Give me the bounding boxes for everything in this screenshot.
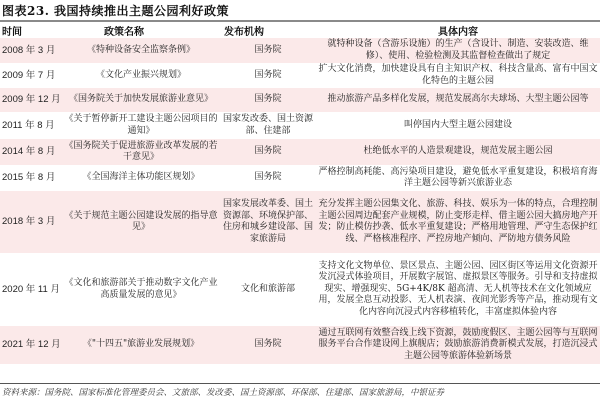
table-row: 2009 年 7 月 《文化产业振兴规划》 国务院 扩大文化消费，加快建设具有自… [0, 63, 600, 88]
row-policy: 《全国海洋主体功能区规划》 [62, 165, 220, 191]
table-row: 2018 年 3 月 《关于规范主题公园建设发展的指导意见》 国家发展改革委、国… [0, 191, 600, 253]
table-row: 2020 年 11 月 《文化和旅游部关于推动数字文化产业高质量发展的意见》 文… [0, 253, 600, 326]
row-date: 2009 年 7 月 [0, 63, 62, 88]
row-content: 扩大文化消费，加快建设具有自主知识产权、科技含量高、富有中国文化特色的主题公园 [316, 63, 600, 88]
row-issuer: 文化和旅游部 [220, 253, 316, 326]
row-content: 就特种设备（含游乐设施）的生产（含设计、制造、安装改造、维修）、使用、检验检测及… [316, 38, 600, 63]
row-policy: 《"十四五"旅游业发展规划》 [62, 326, 220, 364]
figure-title: 图表23. 我国持续推出主题公园利好政策 [2, 2, 229, 19]
row-issuer: 国务院 [220, 139, 316, 165]
row-policy: 《特种设备安全监察条例》 [62, 38, 220, 63]
row-content: 严格控制高耗能、高污染项目建设，避免低水平重复建设，积极培育海洋主题公园等新兴旅… [316, 165, 600, 191]
header-content: 具体内容 [316, 23, 600, 38]
row-content: 支持文化文物单位、景区景点、主题公园、园区街区等运用文化资源开发沉浸式体验项目，… [316, 253, 600, 326]
row-issuer: 国务院 [220, 63, 316, 88]
row-policy: 《国务院关于加快发展旅游业意见》 [62, 88, 220, 112]
policy-table: 时间 政策名称 发布机构 具体内容 2008 年 3 月 《特种设备安全监察条例… [0, 23, 600, 364]
row-issuer: 国务院 [220, 165, 316, 191]
table-row: 2008 年 3 月 《特种设备安全监察条例》 国务院 就特种设备（含游乐设施）… [0, 38, 600, 63]
row-date: 2008 年 3 月 [0, 38, 62, 63]
row-policy: 《文化产业振兴规划》 [62, 63, 220, 88]
row-content: 通过互联网有效整合线上线下资源，鼓励度假区、主题公园等与互联网服务平台合作建设网… [316, 326, 600, 364]
row-issuer: 国家发展改革委、国土资源部、环境保护部、住房和城乡建设部、国家旅游局 [220, 191, 316, 253]
source-note: 资料来源：国务院、国家标准化管理委员会、文旅部、发改委、国土资源部、环保部、住建… [2, 386, 444, 398]
row-issuer: 国务院 [220, 38, 316, 63]
row-content: 叫停国内大型主题公园建设 [316, 112, 600, 139]
row-content: 杜绝低水平的人造景观建设，规范发展主题公园 [316, 139, 600, 165]
row-date: 2014 年 8 月 [0, 139, 62, 165]
row-content: 充分发挥主题公园集文化、旅游、科技、娱乐为一体的特点，合理控制主题公园周边配套产… [316, 191, 600, 253]
row-date: 2018 年 3 月 [0, 191, 62, 253]
row-issuer: 国务院 [220, 88, 316, 112]
row-policy: 《文化和旅游部关于推动数字文化产业高质量发展的意见》 [62, 253, 220, 326]
table-row: 2014 年 8 月 《国务院关于促进旅游业改革发展的若干意见》 国务院 杜绝低… [0, 139, 600, 165]
table-row: 2021 年 12 月 《"十四五"旅游业发展规划》 国务院 通过互联网有效整合… [0, 326, 600, 364]
row-date: 2015 年 8 月 [0, 165, 62, 191]
row-policy: 《国务院关于促进旅游业改革发展的若干意见》 [62, 139, 220, 165]
row-policy: 《关于暂停新开工建设主题公园项目的通知》 [62, 112, 220, 139]
title-divider [0, 20, 600, 22]
table-row: 2011 年 8 月 《关于暂停新开工建设主题公园项目的通知》 国家发改委、国土… [0, 112, 600, 139]
row-date: 2020 年 11 月 [0, 253, 62, 326]
row-issuer: 国家发改委、国土资源部、住建部 [220, 112, 316, 139]
header-date: 时间 [0, 23, 62, 38]
row-issuer: 国务院 [220, 326, 316, 364]
bottom-divider [0, 383, 600, 384]
row-date: 2009 年 12 月 [0, 88, 62, 112]
row-date: 2011 年 8 月 [0, 112, 62, 139]
table-header: 时间 政策名称 发布机构 具体内容 [0, 23, 600, 38]
header-issuer: 发布机构 [220, 23, 316, 38]
row-date: 2021 年 12 月 [0, 326, 62, 364]
table-row: 2015 年 8 月 《全国海洋主体功能区规划》 国务院 严格控制高耗能、高污染… [0, 165, 600, 191]
table-row: 2009 年 12 月 《国务院关于加快发展旅游业意见》 国务院 推动旅游产品多… [0, 88, 600, 112]
row-content: 推动旅游产品多样化发展，规范发展高尔夫球场、大型主题公园等 [316, 88, 600, 112]
row-policy: 《关于规范主题公园建设发展的指导意见》 [62, 191, 220, 253]
header-policy: 政策名称 [62, 23, 220, 38]
